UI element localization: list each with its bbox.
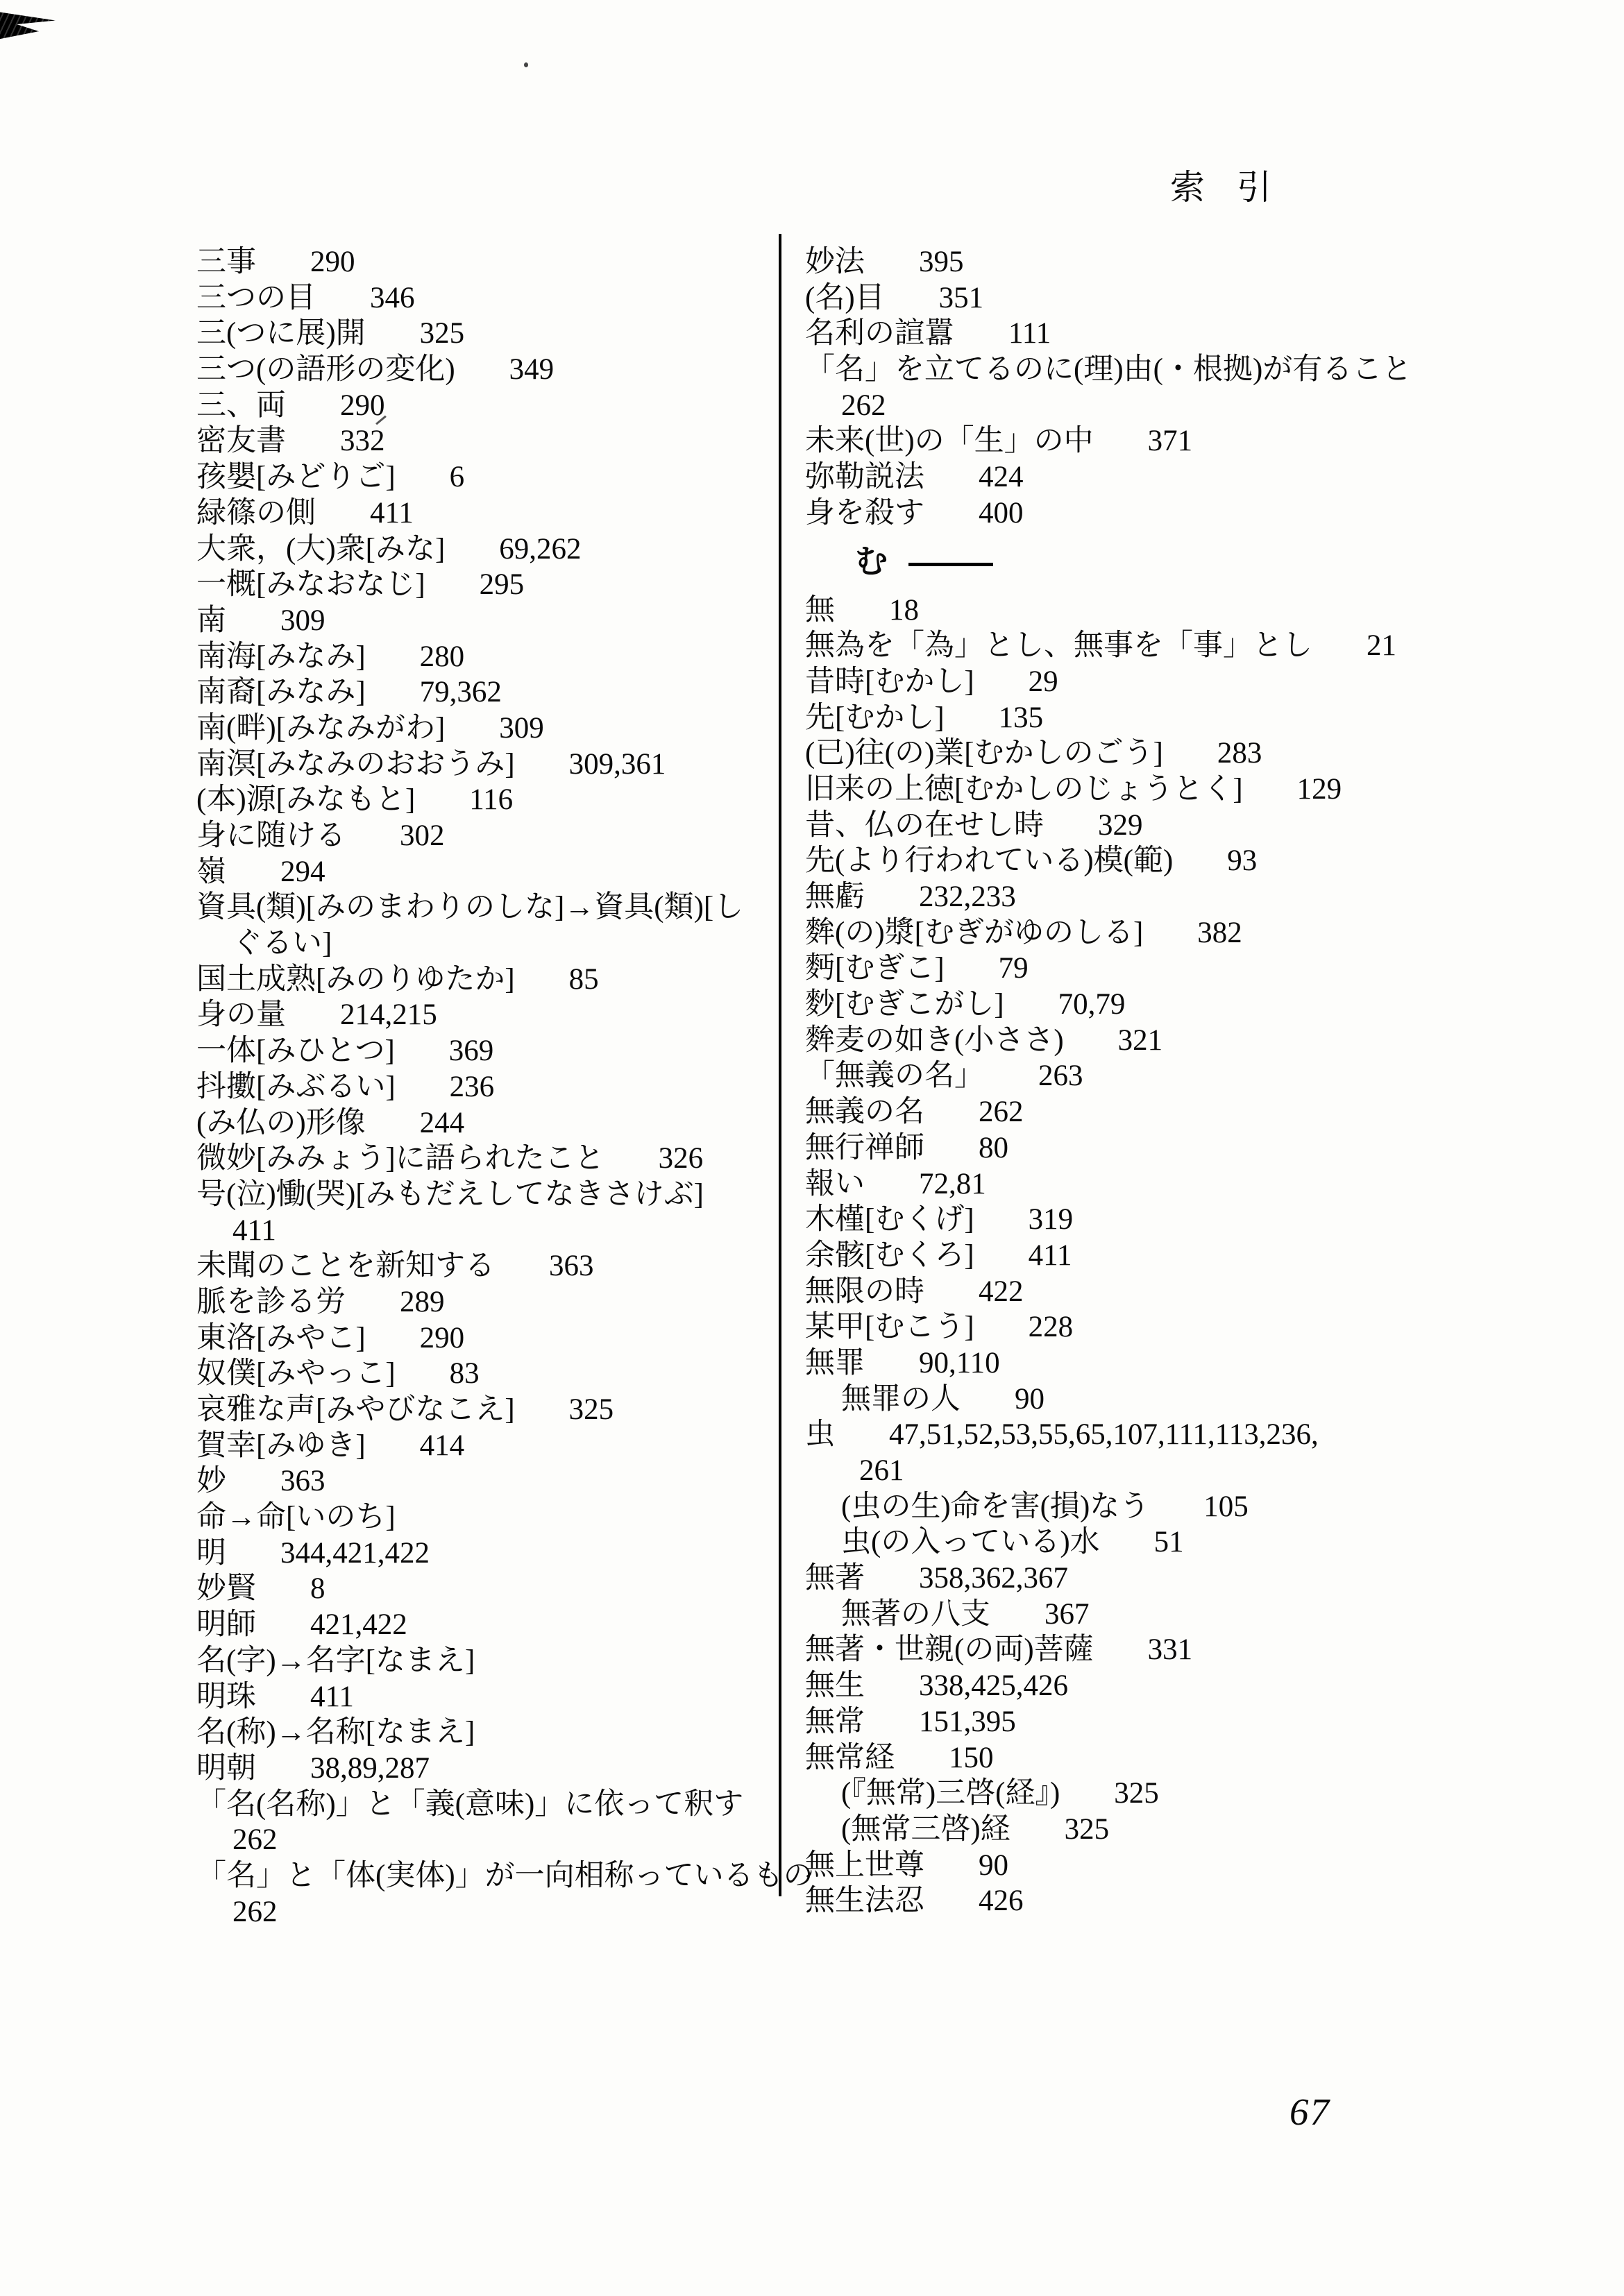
index-entry: 未聞のことを新知する363 xyxy=(196,1248,783,1284)
index-entry: 262 xyxy=(196,1894,783,1930)
entry-term: ぐるい] xyxy=(232,927,332,960)
entry-pages: 363 xyxy=(549,1250,594,1282)
index-entry: 哀雅な声[みやびなこえ]325 xyxy=(196,1392,783,1428)
index-entry: (本)源[みなもと]116 xyxy=(196,782,783,818)
entry-term: (已)往(の)業[むかしのごう] xyxy=(805,737,1163,769)
entry-term: (名)目 xyxy=(805,282,885,314)
entry-term: 昔時[むかし] xyxy=(805,665,974,698)
entry-term: 身の量 xyxy=(196,998,286,1031)
entry-term: 脈を診る労 xyxy=(196,1286,346,1318)
entry-term: 賀幸[みゆき] xyxy=(196,1429,366,1462)
entry-pages: 363 xyxy=(280,1465,325,1497)
entry-pages: 325 xyxy=(569,1393,614,1426)
entry-pages: 129 xyxy=(1297,773,1342,806)
index-entry: 身に随ける302 xyxy=(196,818,783,854)
entry-pages: 309,361 xyxy=(569,748,666,781)
entry-term: 麰(の)漿[むぎがゆのしる] xyxy=(805,917,1143,949)
index-entry: (虫の生)命を害(損)なう105 xyxy=(805,1489,1437,1525)
entry-pages: 116 xyxy=(469,783,513,816)
entry-term: 明師 xyxy=(196,1608,256,1641)
index-entry: 身の量214,215 xyxy=(196,997,783,1033)
entry-pages: 349 xyxy=(509,353,555,386)
entry-pages: 422 xyxy=(979,1275,1024,1308)
entry-term: 南裔[みなみ] xyxy=(196,676,366,708)
entry-term: 資具(類)[みのまわりのしな]→資具(類)[し xyxy=(196,891,743,924)
entry-term: 262 xyxy=(232,1823,278,1856)
index-entry: 無罪の人90 xyxy=(805,1381,1437,1418)
entry-pages: 280 xyxy=(420,640,465,673)
index-entry: 昔時[むかし]29 xyxy=(805,664,1437,700)
index-entry: 木槿[むくげ]319 xyxy=(805,1202,1437,1238)
index-entry: 未来(世)の「生」の中371 xyxy=(805,423,1437,459)
entry-pages: 214,215 xyxy=(340,998,437,1031)
index-entry: (無常三啓)経325 xyxy=(805,1812,1437,1848)
entry-pages: 424 xyxy=(979,461,1024,493)
entry-pages: 51 xyxy=(1154,1526,1184,1558)
entry-pages: 329 xyxy=(1098,809,1143,842)
entry-term: 妙賢 xyxy=(196,1572,256,1605)
entry-term: 一概[みなおなじ] xyxy=(196,568,425,601)
entry-pages: 325 xyxy=(1065,1813,1110,1846)
entry-term: 三、両 xyxy=(196,389,286,422)
index-entry: 無為を「為」とし、無事を「事」とし21 xyxy=(805,628,1437,664)
entry-term: 無罪 xyxy=(805,1347,865,1379)
index-entry: 緑篠の側411 xyxy=(196,495,783,532)
index-entry: 無虧232,233 xyxy=(805,879,1437,915)
entry-term: (本)源[みなもと] xyxy=(196,783,415,816)
index-entry: 三つの目346 xyxy=(196,280,783,316)
entry-term: 未来(世)の「生」の中 xyxy=(805,425,1094,457)
entry-pages: 150 xyxy=(949,1742,994,1774)
entry-term: 孩嬰[みどりご] xyxy=(196,461,396,493)
entry-term: 262 xyxy=(232,1896,278,1928)
index-entry: 先(より行われている)模(範)93 xyxy=(805,843,1437,879)
index-entry: 無生338,425,426 xyxy=(805,1668,1437,1704)
entry-term: 先(より行われている)模(範) xyxy=(805,844,1173,877)
entry-pages: 105 xyxy=(1203,1490,1249,1523)
entry-pages: 400 xyxy=(979,497,1024,529)
index-entry: 一概[みなおなじ]295 xyxy=(196,567,783,603)
entry-pages: 21 xyxy=(1367,629,1396,662)
entry-term: 無虧 xyxy=(805,881,865,913)
index-entry: 命→命[いのち] xyxy=(196,1499,783,1536)
entry-pages: 294 xyxy=(280,856,325,888)
entry-pages: 338,425,426 xyxy=(919,1669,1068,1702)
index-entry: 東洛[みやこ]290 xyxy=(196,1320,783,1357)
entry-term: 無上世尊 xyxy=(805,1849,924,1882)
entry-term: 三事 xyxy=(196,246,256,278)
entry-pages: 426 xyxy=(979,1885,1024,1917)
entry-term: 緑篠の側 xyxy=(196,497,316,529)
entry-pages: 85 xyxy=(569,963,599,996)
entry-term: 「無義の名」 xyxy=(805,1060,984,1092)
index-entry: 無行禅師80 xyxy=(805,1130,1437,1166)
index-entry: 三事290 xyxy=(196,244,783,280)
index-entry: 余骸[むくろ]411 xyxy=(805,1238,1437,1274)
entry-pages: 351 xyxy=(939,282,984,314)
index-entry: 無限の時422 xyxy=(805,1274,1437,1310)
entry-pages: 325 xyxy=(1114,1777,1159,1810)
entry-pages: 38,89,287 xyxy=(310,1752,430,1785)
entry-term: 木槿[むくげ] xyxy=(805,1203,974,1236)
index-entry: 麪[むぎこ]79 xyxy=(805,951,1437,987)
index-entry: 抖擻[みぶるい]236 xyxy=(196,1069,783,1105)
scan-artifact-smudge xyxy=(0,8,56,40)
entry-pages: 263 xyxy=(1038,1060,1083,1092)
entry-pages: 69,262 xyxy=(499,533,581,566)
index-entry: 名(字)→名字[なまえ] xyxy=(196,1643,783,1679)
entry-term: 明珠 xyxy=(196,1681,256,1713)
entry-term: 無罪の人 xyxy=(841,1383,961,1415)
page-title: 索引 xyxy=(1170,160,1303,210)
index-entry: 名利の諠囂111 xyxy=(805,316,1437,352)
entry-term: 南海[みなみ] xyxy=(196,640,366,673)
entry-term: 国土成熟[みのりゆたか] xyxy=(196,963,515,996)
index-entry: 号(泣)慟(哭)[みもだえしてなきさけぶ] xyxy=(196,1177,783,1213)
index-entry: 孩嬰[みどりご]6 xyxy=(196,459,783,495)
entry-pages: 232,233 xyxy=(919,881,1016,913)
index-entry: 資具(類)[みのまわりのしな]→資具(類)[し xyxy=(196,890,783,926)
index-column-right: 妙法395(名)目351名利の諠囂111「名」を立てるのに(理)由(・根拠)が有… xyxy=(805,244,1437,1919)
index-entry: 身を殺す400 xyxy=(805,495,1437,532)
entry-term: 無生法忍 xyxy=(805,1885,924,1917)
index-entry: 明師421,422 xyxy=(196,1607,783,1643)
entry-pages: 244 xyxy=(420,1107,465,1139)
entry-term: 無生 xyxy=(805,1669,865,1702)
entry-term: 某甲[むこう] xyxy=(805,1311,974,1343)
entry-term: 261 xyxy=(859,1454,904,1487)
index-entry: 麨[むぎこがし]70,79 xyxy=(805,987,1437,1023)
index-entry: 262 xyxy=(805,388,1437,424)
index-entry: 某甲[むこう]228 xyxy=(805,1309,1437,1345)
index-entry: 無著358,362,367 xyxy=(805,1561,1437,1597)
entry-term: 余骸[むくろ] xyxy=(805,1239,974,1272)
entry-pages: 29 xyxy=(1029,665,1058,698)
entry-term: 命→命[いのち] xyxy=(196,1501,396,1533)
index-entry: 旧来の上徳[むかしのじょうとく]129 xyxy=(805,772,1437,808)
entry-term: 「名」を立てるのに(理)由(・根拠)が有ること xyxy=(805,353,1412,386)
entry-pages: 236 xyxy=(450,1071,495,1103)
index-entry: 麰麦の如き(小ささ)321 xyxy=(805,1023,1437,1059)
entry-term: 「名(名称)」と「義(意味)」に依って釈す xyxy=(196,1788,743,1821)
entry-term: (虫の生)命を害(損)なう xyxy=(841,1490,1149,1523)
entry-pages: 309 xyxy=(499,712,544,745)
index-entry: 妙法395 xyxy=(805,244,1437,280)
entry-pages: 8 xyxy=(310,1572,325,1605)
scan-artifact-dot xyxy=(524,62,528,67)
entry-term: 三(つに展)開 xyxy=(196,317,366,350)
entry-term: 東洛[みやこ] xyxy=(196,1322,366,1354)
entry-term: 麪[むぎこ] xyxy=(805,952,945,985)
entry-pages: 151,395 xyxy=(919,1706,1016,1738)
index-entry: 明珠411 xyxy=(196,1679,783,1715)
entry-pages: 321 xyxy=(1118,1024,1163,1057)
entry-term: 昔、仏の在せし時 xyxy=(805,809,1044,842)
entry-term: (『無常)三啓(経』) xyxy=(841,1777,1060,1810)
index-entry: (み仏の)形像244 xyxy=(196,1105,783,1141)
entry-term: 無限の時 xyxy=(805,1275,924,1308)
entry-pages: 6 xyxy=(450,461,465,493)
entry-term: 無著 xyxy=(805,1562,865,1595)
index-entry: 「名」を立てるのに(理)由(・根拠)が有ること xyxy=(805,352,1437,388)
entry-pages: 346 xyxy=(370,282,415,314)
entry-pages: 331 xyxy=(1148,1633,1193,1666)
entry-term: 無著・世親(の両)菩薩 xyxy=(805,1633,1094,1666)
entry-term: 南(畔)[みなみがわ] xyxy=(196,712,445,745)
entry-term: 無常経 xyxy=(805,1742,895,1774)
entry-pages: 90,110 xyxy=(919,1347,1000,1379)
entry-pages: 228 xyxy=(1029,1311,1074,1343)
index-entry: 三、両290 xyxy=(196,388,783,424)
index-entry: 名(称)→名称[なまえ] xyxy=(196,1715,783,1751)
entry-pages: 93 xyxy=(1227,844,1257,877)
index-entry: (名)目351 xyxy=(805,280,1437,316)
entry-term: 嶺 xyxy=(196,856,226,888)
entry-pages: 80 xyxy=(979,1132,1008,1164)
index-entry: 南(畔)[みなみがわ]309 xyxy=(196,711,783,747)
entry-term: 妙法 xyxy=(805,246,865,278)
entry-term: 麨[むぎこがし] xyxy=(805,988,1004,1021)
index-entry: (已)往(の)業[むかしのごう]283 xyxy=(805,735,1437,772)
index-entry: 411 xyxy=(196,1213,783,1249)
entry-pages: 382 xyxy=(1197,917,1242,949)
entry-pages: 344,421,422 xyxy=(280,1537,430,1570)
entry-pages: 421,422 xyxy=(310,1608,407,1641)
entry-term: 抖擻[みぶるい] xyxy=(196,1071,396,1103)
entry-pages: 295 xyxy=(480,568,525,601)
entry-pages: 326 xyxy=(659,1142,704,1175)
entry-term: 一体[みひとつ] xyxy=(196,1035,395,1067)
entry-term: 身を殺す xyxy=(805,497,924,529)
page-number: 67 xyxy=(1289,2090,1330,2134)
entry-pages: 371 xyxy=(1148,425,1193,457)
index-entry: 賀幸[みゆき]414 xyxy=(196,1428,783,1464)
index-entry: 262 xyxy=(196,1822,783,1858)
index-entry: 妙363 xyxy=(196,1463,783,1499)
index-entry: 昔、仏の在せし時329 xyxy=(805,808,1437,844)
index-entry: 南裔[みなみ]79,362 xyxy=(196,674,783,711)
entry-pages: 79 xyxy=(999,952,1029,985)
entry-pages: 283 xyxy=(1217,737,1262,769)
entry-term: 密友書 xyxy=(196,425,286,457)
entry-pages: 395 xyxy=(919,246,964,278)
section-header: む xyxy=(805,532,1437,593)
index-entry: 無常151,395 xyxy=(805,1704,1437,1740)
index-entry: 261 xyxy=(805,1453,1437,1489)
index-entry: 無上世尊90 xyxy=(805,1848,1437,1884)
entry-pages: 411 xyxy=(370,497,414,529)
entry-term: 弥勒説法 xyxy=(805,461,924,493)
entry-term: 明朝 xyxy=(196,1752,256,1785)
entry-term: 奴僕[みやっこ] xyxy=(196,1357,396,1390)
index-entry: ぐるい] xyxy=(196,926,783,962)
entry-term: 虫 xyxy=(805,1418,835,1451)
entry-pages: 369 xyxy=(449,1035,494,1067)
index-entry: (『無常)三啓(経』)325 xyxy=(805,1776,1437,1812)
entry-pages: 290 xyxy=(340,389,385,422)
entry-term: (無常三啓)経 xyxy=(841,1813,1010,1846)
entry-term: 旧来の上徳[むかしのじょうとく] xyxy=(805,773,1243,806)
index-entry: 脈を診る労289 xyxy=(196,1284,783,1320)
entry-pages: 414 xyxy=(420,1429,465,1462)
entry-term: 号(泣)慟(哭)[みもだえしてなきさけぶ] xyxy=(196,1178,704,1211)
entry-term: 「名」と「体(実体)」が一向相称っているもの xyxy=(196,1860,813,1892)
entry-pages: 83 xyxy=(450,1357,480,1390)
entry-term: 虫(の入っている)水 xyxy=(841,1526,1100,1558)
entry-term: 無義の名 xyxy=(805,1096,924,1128)
entry-term: 三つ(の語形の変化) xyxy=(196,353,455,386)
entry-term: 無 xyxy=(805,594,835,627)
entry-term: 先[むかし] xyxy=(805,701,945,734)
entry-pages: 325 xyxy=(420,317,465,350)
entry-pages: 79,362 xyxy=(420,676,502,708)
index-entry: 弥勒説法424 xyxy=(805,459,1437,495)
entry-pages: 290 xyxy=(310,246,355,278)
index-entry: 南溟[みなみのおおうみ]309,361 xyxy=(196,747,783,783)
index-entry: 無生法忍426 xyxy=(805,1883,1437,1919)
index-entry: 大衆，(大)衆[みな]69,262 xyxy=(196,532,783,568)
entry-term: 身に随ける xyxy=(196,819,346,852)
index-entry: 国土成熟[みのりゆたか]85 xyxy=(196,962,783,998)
entry-pages: 358,362,367 xyxy=(919,1562,1068,1595)
entry-pages: 367 xyxy=(1044,1598,1090,1631)
entry-pages: 90 xyxy=(1015,1383,1044,1415)
index-entry: 明344,421,422 xyxy=(196,1536,783,1572)
index-entry: 密友書332 xyxy=(196,423,783,459)
entry-pages: 90 xyxy=(979,1849,1008,1882)
entry-term: 無行禅師 xyxy=(805,1132,924,1164)
entry-pages: 411 xyxy=(1029,1239,1072,1272)
index-entry: 奴僕[みやっこ]83 xyxy=(196,1356,783,1392)
index-entry: 明朝38,89,287 xyxy=(196,1751,783,1787)
entry-pages: 411 xyxy=(310,1681,354,1713)
index-entry: 三つ(の語形の変化)349 xyxy=(196,352,783,388)
entry-term: 南 xyxy=(196,604,226,637)
index-entry: 一体[みひとつ]369 xyxy=(196,1033,783,1069)
index-entry: 南海[みなみ]280 xyxy=(196,639,783,675)
entry-term: 南溟[みなみのおおうみ] xyxy=(196,748,515,781)
entry-term: 411 xyxy=(232,1214,276,1247)
entry-term: 大衆，(大)衆[みな] xyxy=(196,533,445,566)
entry-pages: 332 xyxy=(340,425,385,457)
index-entry: 報い72,81 xyxy=(805,1166,1437,1202)
entry-term: 未聞のことを新知する xyxy=(196,1250,495,1282)
entry-pages: 70,79 xyxy=(1058,988,1126,1021)
index-entry: 無義の名262 xyxy=(805,1094,1437,1130)
entry-term: 微妙[みみょう]に語られたこと xyxy=(196,1142,604,1175)
index-entry: 「無義の名」263 xyxy=(805,1058,1437,1094)
entry-pages: 47,51,52,53,55,65,107,111,113,236, xyxy=(889,1418,1319,1451)
entry-pages: 302 xyxy=(400,819,445,852)
index-column-left: 三事290三つの目346三(つに展)開325三つ(の語形の変化)349三、両29… xyxy=(196,244,783,1930)
entry-pages: 309 xyxy=(280,604,325,637)
entry-pages: 289 xyxy=(400,1286,445,1318)
entry-pages: 72,81 xyxy=(919,1168,986,1200)
entry-term: 無著の八支 xyxy=(841,1598,990,1631)
entry-term: 名利の諠囂 xyxy=(805,317,954,350)
index-entry: 嶺294 xyxy=(196,854,783,890)
entry-pages: 111 xyxy=(1008,317,1051,350)
index-page: 索引 三事290三つの目346三(つに展)開325三つ(の語形の変化)349三、… xyxy=(0,0,1624,2296)
entry-term: 妙 xyxy=(196,1465,226,1497)
index-entry: 南309 xyxy=(196,603,783,639)
index-entry: 虫47,51,52,53,55,65,107,111,113,236, xyxy=(805,1417,1437,1453)
section-header-rule xyxy=(908,563,993,566)
entry-term: (み仏の)形像 xyxy=(196,1107,366,1139)
entry-term: 名(字)→名字[なまえ] xyxy=(196,1644,475,1677)
entry-pages: 319 xyxy=(1029,1203,1074,1236)
index-entry: 先[むかし]135 xyxy=(805,700,1437,736)
index-entry: 麰(の)漿[むぎがゆのしる]382 xyxy=(805,915,1437,951)
index-entry: 無罪90,110 xyxy=(805,1345,1437,1381)
entry-pages: 18 xyxy=(889,594,919,627)
entry-pages: 262 xyxy=(979,1096,1024,1128)
entry-term: 無常 xyxy=(805,1706,865,1738)
index-entry: 三(つに展)開325 xyxy=(196,316,783,352)
entry-term: 三つの目 xyxy=(196,282,316,314)
entry-term: 無為を「為」とし、無事を「事」とし xyxy=(805,629,1312,662)
index-entry: 無著の八支367 xyxy=(805,1597,1437,1633)
entry-term: 哀雅な声[みやびなこえ] xyxy=(196,1393,515,1426)
index-entry: 「名(名称)」と「義(意味)」に依って釈す xyxy=(196,1787,783,1823)
index-entry: 無18 xyxy=(805,593,1437,629)
entry-pages: 135 xyxy=(999,701,1044,734)
entry-term: 262 xyxy=(841,389,886,422)
index-entry: 無著・世親(の両)菩薩331 xyxy=(805,1632,1437,1668)
index-entry: 虫(の入っている)水51 xyxy=(805,1524,1437,1561)
entry-term: 名(称)→名称[なまえ] xyxy=(196,1716,475,1749)
section-header-kana: む xyxy=(855,544,888,580)
entry-term: 麰麦の如き(小ささ) xyxy=(805,1024,1064,1057)
index-entry: 無常経150 xyxy=(805,1740,1437,1776)
index-entry: 妙賢8 xyxy=(196,1571,783,1607)
entry-pages: 290 xyxy=(420,1322,465,1354)
entry-term: 報い xyxy=(805,1168,865,1200)
index-entry: 「名」と「体(実体)」が一向相称っているもの xyxy=(196,1858,783,1894)
index-entry: 微妙[みみょう]に語られたこと326 xyxy=(196,1141,783,1177)
entry-term: 明 xyxy=(196,1537,226,1570)
